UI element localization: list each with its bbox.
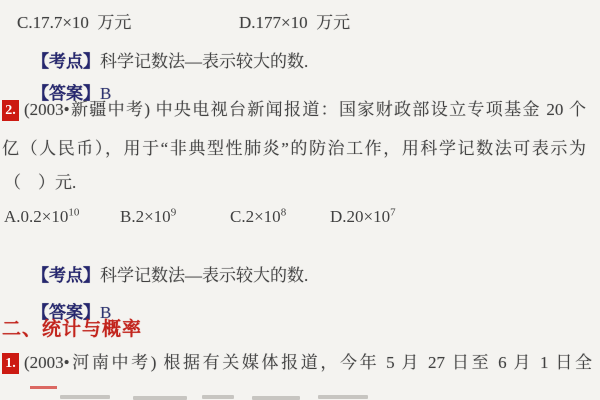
kaodian-text: 科学记数法—表示较大的数. bbox=[100, 266, 308, 285]
document-page: C.17.7×10 万元 D.177×10 万元 【考点】科学记数法—表示较大的… bbox=[0, 0, 600, 400]
option-c: C.2×108 bbox=[230, 207, 286, 227]
question2-line2: 亿（人民币），用于“非典型性肺炎”的防治工作，用科学记数法可表示为 bbox=[2, 138, 586, 160]
clipped-text-fragment bbox=[60, 395, 110, 399]
question-number-badge: 1. bbox=[2, 353, 19, 374]
clipped-text-fragment bbox=[202, 395, 234, 399]
option-c-exp: 8 bbox=[281, 206, 287, 218]
question-number-badge: 2. bbox=[2, 100, 19, 121]
question2-options-row: A.0.2×1010 B.2×109 C.2×108 D.20×107 bbox=[0, 207, 600, 231]
option-b-base: B.2×10 bbox=[120, 207, 171, 226]
option-d-base: D.20×10 bbox=[330, 207, 390, 226]
option-a-exp: 10 bbox=[68, 206, 79, 218]
option-d-exp: 7 bbox=[390, 206, 396, 218]
option-b-exp: 9 bbox=[171, 206, 177, 218]
section-heading: 二、统计与概率 bbox=[2, 318, 142, 342]
question2-line1: (2003•新疆中考) 中央电视台新闻报道：国家财政部设立专项基金 20 个 bbox=[24, 99, 586, 121]
clipped-text-fragment bbox=[252, 396, 300, 400]
question1-stats-line1: (2003•河南中考) 根据有关媒体报道，今年 5 月 27 日至 6 月 1 … bbox=[24, 352, 592, 374]
clipped-text-fragment bbox=[133, 396, 187, 400]
clipped-red-fragment bbox=[30, 386, 57, 389]
question2-line3: （ ）元. bbox=[4, 172, 76, 194]
option-a: A.0.2×1010 bbox=[4, 207, 79, 227]
option-b: B.2×109 bbox=[120, 207, 176, 227]
option-a-base: A.0.2×10 bbox=[4, 207, 68, 226]
option-d: D.20×107 bbox=[330, 207, 396, 227]
option-c-base: C.2×10 bbox=[230, 207, 281, 226]
kaodian-text: 科学记数法—表示较大的数. bbox=[100, 52, 308, 71]
clipped-text-fragment bbox=[318, 395, 368, 399]
